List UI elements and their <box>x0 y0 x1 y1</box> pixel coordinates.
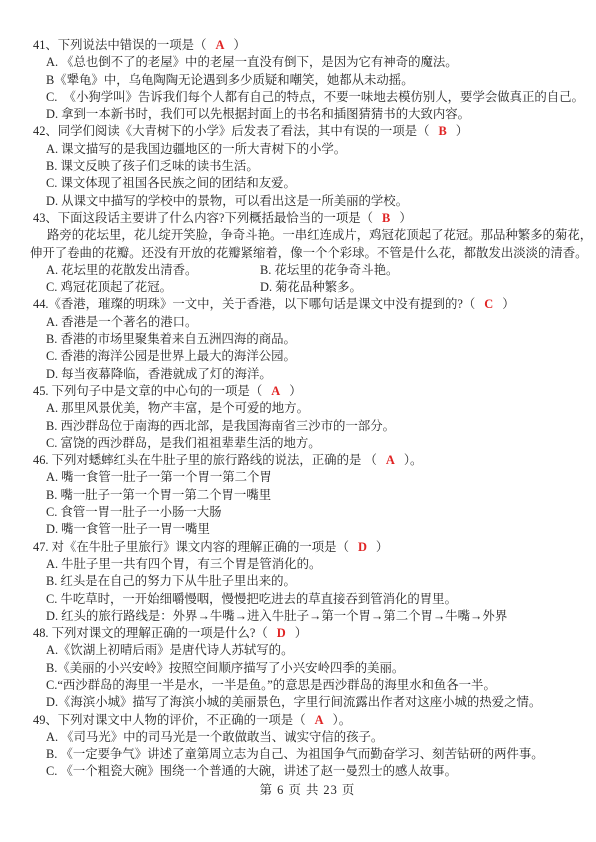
question-number: 42、 <box>33 124 58 138</box>
stem-text: 《香港，璀璨的明珠》一文中，关于香港，以下哪句话是课文中没有提到的?（ <box>49 297 476 311</box>
question-46: 46. 下列对蟋蟀红头在牛肚子里的旅行路线的说法，正确的是 （A）。 A. 嘴一… <box>33 452 582 538</box>
answer-letter: D <box>349 540 376 554</box>
passage-line: 路旁的花坛里，花儿绽开笑脸，争奇斗艳。一串红连成片，鸡冠花顶起了花冠。那品种繁多… <box>33 227 582 244</box>
option-line: B.《美丽的小兴安岭》按照空间顺序描写了小兴安岭四季的美丽。 <box>33 660 582 677</box>
option-line: B. 《一定要争气》讲述了童第周立志为自己、为祖国争气而勤奋学习、刻苦钻研的两件… <box>33 746 582 763</box>
option-line: A. 《司马光》中的司马光是一个敢做敢当、诚实守信的孩子。 <box>33 729 582 746</box>
answer-letter: A <box>377 453 404 467</box>
option-line: C. 食管一胃一肚子一小肠一大肠 <box>33 504 582 521</box>
option-line: A. 牛肚子里一共有四个胃，有三个胃是管消化的。 <box>33 556 582 573</box>
question-stem: 41、下列说法中错误的一项是（A） <box>33 37 582 54</box>
option-line: D. 每当夜幕降临，香港就成了灯的海洋。 <box>33 366 582 383</box>
option-line: B. 西沙群岛位于南海的西北部，是我国海南省三沙市的一部分。 <box>33 418 582 435</box>
question-41: 41、下列说法中错误的一项是（A） A. 《总也倒不了的老屋》中的老屋一直没有倒… <box>33 37 582 123</box>
option-line: D. 拿到一本新书时，我们可以先根据封面上的书名和插图猜猜书的大致内容。 <box>33 106 582 123</box>
option-line: D. 红头的旅行路线是：外界→牛嘴→进入牛肚子→第一个胃→第二个胃→牛嘴→外界 <box>33 608 582 625</box>
stem-tail: ） <box>289 384 301 398</box>
option-line: C. 《一个粗瓷大碗》围绕一个普通的大碗，讲述了赵一曼烈士的感人故事。 <box>33 763 582 780</box>
question-number: 44. <box>33 297 49 311</box>
exam-page: 41、下列说法中错误的一项是（A） A. 《总也倒不了的老屋》中的老屋一直没有倒… <box>0 0 596 842</box>
option-cell: B. 花坛里的花争奇斗艳。 <box>260 262 398 279</box>
question-number: 46. <box>33 453 52 467</box>
question-number: 48. <box>33 626 52 640</box>
stem-text: 对《在牛肚子里旅行》课文内容的理解正确的一项是（ <box>52 540 349 554</box>
option-line: B. 香港的市场里聚集着来自五洲四海的商品。 <box>33 331 582 348</box>
stem-tail: ） <box>456 124 468 138</box>
stem-tail: ） <box>376 540 388 554</box>
question-43: 43、下面这段话主要讲了什么内容?下列概括最恰当的一项是（B） 路旁的花坛里，花… <box>33 210 582 296</box>
question-48: 48. 下列对课文的理解正确的一项是什么?（D） A.《饮湖上初晴后雨》是唐代诗… <box>33 625 582 711</box>
stem-text: 下列对蟋蟀红头在牛肚子里的旅行路线的说法，正确的是 （ <box>52 453 377 467</box>
option-line: D.《海滨小城》描写了海滨小城的美丽景色，字里行间流露出作者对这座小城的热爱之情… <box>33 694 582 711</box>
question-stem: 46. 下列对蟋蟀红头在牛肚子里的旅行路线的说法，正确的是 （A）。 <box>33 452 582 469</box>
option-line: A. 《总也倒不了的老屋》中的老屋一直没有倒下，是因为它有神奇的魔法。 <box>33 54 582 71</box>
question-stem: 49、下列对课文中人物的评价，不正确的一项是（A）。 <box>33 712 582 729</box>
question-stem: 45. 下列句子中是文章的中心句的一项是（A） <box>33 383 582 400</box>
answer-letter: D <box>268 626 295 640</box>
question-stem: 43、下面这段话主要讲了什么内容?下列概括最恰当的一项是（B） <box>33 210 582 227</box>
question-stem: 47. 对《在牛肚子里旅行》课文内容的理解正确的一项是（D） <box>33 539 582 556</box>
question-47: 47. 对《在牛肚子里旅行》课文内容的理解正确的一项是（D） A. 牛肚子里一共… <box>33 539 582 625</box>
question-number: 49、 <box>33 713 58 727</box>
option-line: A. 嘴一食管一肚子一第一个胃一第二个胃 <box>33 469 582 486</box>
option-line: C.“西沙群岛的海里一半是水，一半是鱼。”的意思是西沙群岛的海里水和鱼各一半。 <box>33 677 582 694</box>
stem-tail: ） <box>233 38 245 52</box>
answer-letter: C <box>475 297 502 311</box>
stem-text: 下列说法中错误的一项是（ <box>58 38 207 52</box>
option-row: C. 鸡冠花顶起了花冠。D. 菊花品种繁多。 <box>33 279 582 296</box>
question-number: 43、 <box>33 211 58 225</box>
option-line: B. 课文反映了孩子们乏味的读书生活。 <box>33 158 582 175</box>
option-line: A.《饮湖上初晴后雨》是唐代诗人苏轼写的。 <box>33 642 582 659</box>
option-line: A. 那里风景优美，物产丰富，是个可爱的地方。 <box>33 400 582 417</box>
question-stem: 48. 下列对课文的理解正确的一项是什么?（D） <box>33 625 582 642</box>
stem-tail: ） <box>295 626 307 640</box>
answer-letter: B <box>373 211 399 225</box>
stem-tail: ） <box>502 297 514 311</box>
option-line: C. 富饶的西沙群岛，是我们祖祖辈辈生活的地方。 <box>33 435 582 452</box>
option-row: A. 花坛里的花散发出清香。B. 花坛里的花争奇斗艳。 <box>33 262 582 279</box>
question-stem: 42、同学们阅读《大青树下的小学》后发表了看法，其中有误的一项是（B） <box>33 123 582 140</box>
option-line: B. 红头是在自己的努力下从牛肚子里出来的。 <box>33 573 582 590</box>
stem-text: 下列对课文中人物的评价，不正确的一项是（ <box>58 713 306 727</box>
question-number: 41、 <box>33 38 58 52</box>
stem-text: 同学们阅读《大青树下的小学》后发表了看法，其中有误的一项是（ <box>58 124 430 138</box>
option-cell: A. 花坛里的花散发出清香。 <box>46 262 260 279</box>
stem-text: 下列对课文的理解正确的一项是什么?（ <box>52 626 268 640</box>
answer-letter: A <box>206 38 233 52</box>
option-line: B《犟龟》中，乌龟陶陶无论遇到多少质疑和嘲笑，她都从未动摇。 <box>33 72 582 89</box>
question-number: 45. <box>33 384 52 398</box>
option-line: C. 《小狗学叫》告诉我们每个人都有自己的特点，不要一味地去模仿别人，要学会做真… <box>33 89 582 106</box>
question-45: 45. 下列句子中是文章的中心句的一项是（A） A. 那里风景优美，物产丰富，是… <box>33 383 582 452</box>
question-number: 47. <box>33 540 52 554</box>
answer-letter: A <box>262 384 289 398</box>
question-42: 42、同学们阅读《大青树下的小学》后发表了看法，其中有误的一项是（B） A. 课… <box>33 123 582 209</box>
passage-line: 伸开了卷曲的花瓣。还没有开放的花瓣紧缩着，像一个个彩球。不管是什么花，都散发出淡… <box>30 245 582 262</box>
stem-tail: ）。 <box>404 453 423 467</box>
question-stem: 44.《香港，璀璨的明珠》一文中，关于香港，以下哪句话是课文中没有提到的?（C） <box>33 296 582 313</box>
option-line: A. 课文描写的是我国边疆地区的一所大青树下的小学。 <box>33 141 582 158</box>
stem-text: 下面这段话主要讲了什么内容?下列概括最恰当的一项是（ <box>58 211 373 225</box>
option-cell: C. 鸡冠花顶起了花冠。 <box>46 279 260 296</box>
option-line: D. 嘴一食管一肚子一胃一嘴里 <box>33 521 582 538</box>
answer-letter: A <box>306 713 333 727</box>
stem-tail: ） <box>399 211 411 225</box>
stem-text: 下列句子中是文章的中心句的一项是（ <box>52 384 263 398</box>
option-line: B. 嘴一肚子一第一个胃一第二个胃一嘴里 <box>33 487 582 504</box>
answer-letter: B <box>430 124 456 138</box>
option-line: C. 课文体现了祖国各民族之间的团结和友爱。 <box>33 175 582 192</box>
question-44: 44.《香港，璀璨的明珠》一文中，关于香港，以下哪句话是课文中没有提到的?（C）… <box>33 296 582 382</box>
option-line: C. 香港的海洋公园是世界上最大的海洋公园。 <box>33 348 582 365</box>
option-line: A. 香港是一个著名的港口。 <box>33 314 582 331</box>
stem-tail: ）。 <box>333 713 352 727</box>
option-line: D. 从课文中描写的学校中的景物，可以看出这是一所美丽的学校。 <box>33 193 582 210</box>
page-footer: 第 6 页 共 23 页 <box>33 782 582 799</box>
option-cell: D. 菊花品种繁多。 <box>260 279 362 296</box>
question-49: 49、下列对课文中人物的评价，不正确的一项是（A）。 A. 《司马光》中的司马光… <box>33 712 582 781</box>
option-line: C. 牛吃草时，一开始细嚼慢咽，慢慢把吃进去的草直接吞到管消化的胃里。 <box>33 591 582 608</box>
